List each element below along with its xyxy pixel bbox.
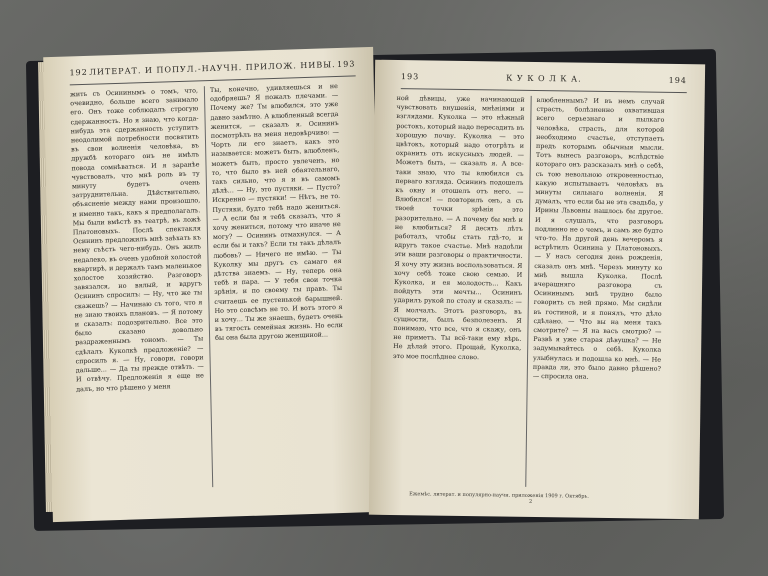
right-page-right-number: 194 (669, 76, 687, 90)
footer-text: Ежемѣс. литерат. и популярно-научн. прил… (409, 491, 589, 500)
left-page-column-2: Ты, конечно, удивляешься и не одобряешь?… (210, 82, 346, 487)
column-divider (525, 96, 531, 487)
right-page: 193 К У К О Л К А. 194 ной дѣвицы, уже н… (369, 60, 705, 520)
footer-signature-mark: 2 (529, 499, 532, 505)
left-page-right-number: 193 (337, 59, 356, 74)
page-footer: Ежемѣс. литерат. и популярно-научн. прил… (409, 491, 699, 507)
left-page-number: 192 (69, 68, 88, 83)
right-page-column-1: ной дѣвицы, уже начинающей чувствовать в… (391, 94, 524, 487)
right-page-column-2: влюбленнымъ? И въ немъ случай страсть, б… (531, 96, 664, 489)
left-page-header: 192 ЛИТЕРАТ. И ПОПУЛ.-НАУЧН. ПРИЛОЖ. НИВ… (69, 59, 355, 85)
left-page: 192 ЛИТЕРАТ. И ПОПУЛ.-НАУЧН. ПРИЛОЖ. НИВ… (43, 47, 383, 522)
right-page-number: 193 (401, 72, 419, 86)
left-running-header: ЛИТЕРАТ. И ПОПУЛ.-НАУЧН. ПРИЛОЖ. НИВЫ. (89, 60, 336, 82)
right-page-header: 193 К У К О Л К А. 194 (401, 72, 687, 93)
left-page-column-1: жить съ Осининымъ о томъ, что, очевидно,… (70, 86, 206, 491)
right-running-header: К У К О Л К А. (506, 74, 582, 89)
